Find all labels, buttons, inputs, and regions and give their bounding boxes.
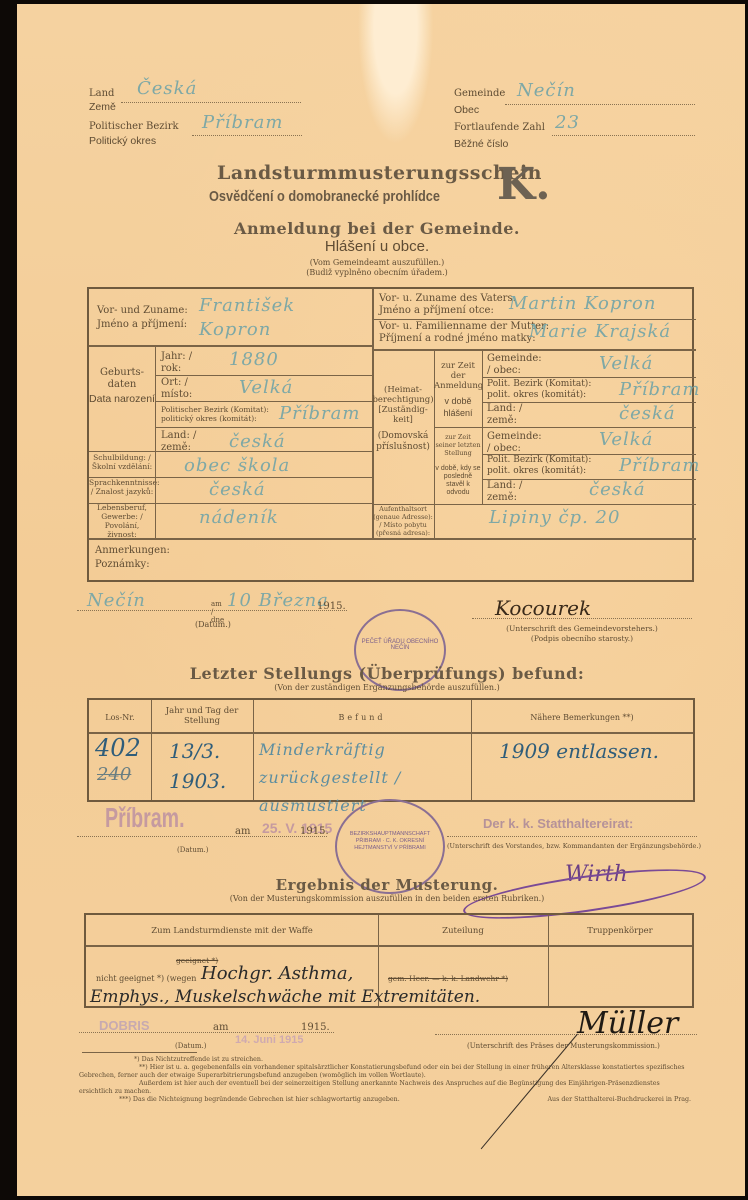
- polit2-label-de: Polit. Bezirk (Komitat):: [487, 455, 591, 466]
- section3-sub: (Von der Musterungskommission auszufülle…: [177, 894, 597, 904]
- zahl-label-de: Fortlaufende Zahl: [454, 122, 545, 134]
- s2-date-year: 1915.: [300, 826, 329, 838]
- father-label-de: Vor- u. Zuname des Vaters:: [379, 293, 516, 305]
- stellung-los-value: 402: [95, 734, 141, 762]
- printer-credit: Aus der Statthalterei-Buchdruckerei in P…: [547, 1096, 691, 1104]
- lang-label: Sprachkenntnisse: / Znalost jazyků:: [89, 478, 155, 496]
- zahl-value: 23: [555, 112, 580, 133]
- zeit1-label-cz: v době hlášení: [434, 395, 482, 419]
- gemeinde-value: Nečín: [517, 80, 576, 101]
- bezirk-label-cz: Politický okres: [89, 135, 156, 147]
- job-label: Lebensberuf, Gewerbe: / Povolání, živnos…: [89, 503, 155, 539]
- stellung-col-befund: Befund: [253, 712, 471, 724]
- land-label-cz: Země: [89, 101, 116, 113]
- heimat-label-cz: (Domovská příslušnost): [372, 431, 434, 453]
- s3-date-year: 1915.: [301, 1022, 330, 1034]
- form-letter: K.: [497, 159, 551, 210]
- authority-stamp: Der k. k. Statthaltereirat:: [483, 816, 633, 831]
- footnote-4: ***) Das die Nichteignung begründende Ge…: [119, 1096, 400, 1104]
- district-label-de: Politischer Bezirk (Komitat):: [161, 405, 269, 414]
- s1-signature-caption-de: (Unterschrift des Gemeindevorstehers.): [472, 624, 692, 633]
- lang-value: česká: [209, 479, 266, 500]
- section2-title: Letzter Stellungs (Überprüfungs) befund:: [167, 664, 607, 683]
- musterung-table: Zum Landsturmdienste mit der Waffe Zutei…: [84, 913, 694, 1008]
- s1-signature: Kocourek: [495, 596, 591, 620]
- s1-date-place: Nečín: [87, 590, 146, 611]
- s3-date-caption: (Datum.): [175, 1040, 206, 1052]
- reason-line2: Emphys., Muskelschwäche mit Extremitäten…: [90, 987, 480, 1007]
- land-label-de: Land: [89, 88, 114, 100]
- polit1-label-cz: polit. okres (komitát):: [487, 390, 586, 401]
- name-label-de: Vor- und Zuname:: [97, 305, 188, 317]
- s1-date-value: 10 Března: [227, 590, 329, 611]
- musterung-col-truppen: Truppenkörper: [548, 925, 692, 937]
- stellung-col-los: Los-Nr.: [89, 712, 151, 724]
- registration-table: Vor- und Zuname: Jméno a příjmení: Frant…: [87, 287, 694, 582]
- bezirk-value: Příbram: [202, 112, 283, 133]
- s1-signature-caption-cz: (Podpis obecního starosty.): [472, 634, 692, 643]
- zuteilung-struck: gem. Heer. — k. k. Landwehr *): [388, 973, 508, 985]
- gemeinde-label-de: Gemeinde: [454, 88, 505, 100]
- document-page: Land Země Česká Politischer Bezirk Polit…: [17, 4, 745, 1196]
- footnote-2: **) Hier ist u. a. gegebenenfalls ein vo…: [79, 1064, 691, 1080]
- stellung-col-remarks: Nähere Bemerkungen **): [471, 712, 693, 724]
- footnotes: *) Das Nichtzutreffende ist zu streichen…: [79, 1056, 691, 1104]
- zeit2-label-de: zur Zeit seiner letzten Stellung: [434, 433, 482, 457]
- nicht-geeignet-label: nicht geeignet *) (wegen: [96, 973, 196, 985]
- land-value: Česká: [137, 78, 197, 99]
- name-label-cz: Jméno a příjmení:: [97, 319, 187, 331]
- notes-label-cz: Poznámky:: [95, 559, 150, 571]
- gem2-label: Gemeinde: / obec:: [487, 431, 527, 455]
- reason-line1: Hochgr. Asthma,: [201, 963, 353, 984]
- s2-signature-caption: (Unterschrift des Vorstandes, bzw. Komma…: [447, 842, 707, 850]
- land2-value: česká: [589, 479, 646, 500]
- polit2-value: Příbram: [619, 455, 700, 476]
- section3-title: Ergebnis der Musterung.: [177, 876, 597, 894]
- birth-group-de: Geburts-daten: [89, 367, 155, 391]
- stellung-remark-value: 1909 entlassen.: [499, 736, 679, 766]
- s1-date-year: 1915.: [317, 601, 346, 613]
- section1-sub-de: (Vom Gemeindeamt auszufüllen.): [197, 258, 557, 268]
- s3-place-stamp: DOBRIS: [99, 1018, 150, 1033]
- polit1-value: Příbram: [619, 379, 700, 400]
- heimat-label-de: (Heimat-berechtigung) [Zuständig-keit]: [372, 385, 434, 425]
- s1-date-caption: (Datum.): [195, 619, 231, 631]
- zahl-label-cz: Běžné číslo: [454, 138, 508, 150]
- s3-date-prefix: am: [213, 1022, 228, 1034]
- s3-date-stamp: 14. Juni 1915: [235, 1034, 304, 1046]
- year-label: Jahr: / rok:: [161, 351, 201, 375]
- place-label: Ort: / místo:: [161, 377, 211, 401]
- father-label-cz: Jméno a příjmení otce:: [379, 305, 494, 317]
- section2-sub: (Von der zuständigen Ergänzungsbehörde a…: [167, 683, 607, 693]
- stellung-table: Los-Nr. Jahr und Tag der Stellung Befund…: [87, 698, 695, 802]
- mother-value: Marie Krajská: [529, 321, 671, 342]
- notes-label-de: Anmerkungen:: [95, 545, 170, 557]
- section1-title-de: Anmeldung bei der Gemeinde.: [197, 219, 557, 238]
- title-cz: Osvědčení o domobranecké prohlídce: [209, 188, 440, 205]
- section1-sub-cz: (Budiž vyplněno obecním úřadem.): [197, 268, 557, 278]
- bezirk-label-de: Politischer Bezirk: [89, 121, 179, 133]
- stellung-los-struck: 240: [97, 764, 131, 785]
- place-stamp-pribram: Příbram.: [105, 802, 185, 834]
- school-value: obec škola: [184, 455, 290, 476]
- gem1-value: Velká: [599, 353, 653, 374]
- father-value: Martin Kopron: [509, 293, 656, 314]
- footnote-3: Außerdem ist hier auch der eventuell bei…: [79, 1080, 691, 1096]
- footnote-1: *) Das Nichtzutreffende ist zu streichen…: [79, 1056, 691, 1064]
- stellung-date-value: 13/3. 1903.: [169, 736, 249, 796]
- land1-value: česká: [619, 403, 676, 424]
- musterung-col-service: Zum Landsturmdienste mit der Waffe: [86, 925, 378, 937]
- place-value: Velká: [239, 377, 293, 398]
- aufenthalt-label: Aufenthaltsort (genaue Adresse): / Místo…: [372, 505, 434, 537]
- zeit2-label-cz: v době, kdy se posledně stavěl k odvodu: [434, 465, 482, 497]
- s2-date-caption: (Datum.): [177, 844, 208, 856]
- section1-title-cz: Hlášení u obce.: [197, 238, 557, 256]
- job-value: nádeník: [199, 507, 279, 528]
- musterung-col-zuteilung: Zuteilung: [378, 925, 548, 937]
- municipal-seal-text: PEČEŤ ÚŘADU OBECNÍHO NEČÍN: [356, 639, 444, 651]
- birth-group-cz: Data narození: [89, 393, 155, 405]
- year-value: 1880: [229, 349, 279, 370]
- mother-label-cz: Příjmení a rodné jméno matky:: [379, 333, 536, 345]
- land1-label: Land: / země:: [487, 403, 527, 427]
- stellung-col-date: Jahr und Tag der Stellung: [151, 706, 253, 726]
- name-first: František: [199, 295, 295, 316]
- zeit1-label-de: zur Zeit der Anmeldung: [434, 361, 482, 391]
- gem1-label: Gemeinde: / obec:: [487, 353, 527, 377]
- mother-label-de: Vor- u. Familienname der Mutter:: [379, 321, 549, 333]
- country-value: česká: [229, 431, 286, 452]
- s2-date-prefix: am: [235, 826, 250, 838]
- district-stamp-text: BEZIRKSHAUPTMANNSCHAFT PŘIBRAM · C. K. O…: [337, 831, 443, 852]
- district-label-cz: politický okres (komitát):: [161, 414, 257, 423]
- gem2-value: Velká: [599, 429, 653, 450]
- district-value: Příbram: [279, 403, 360, 424]
- s3-signature: Müller: [577, 1006, 678, 1041]
- name-last: Kopron: [199, 319, 271, 340]
- land2-label: Land: / země:: [487, 480, 527, 504]
- title-de: Landsturmmusterungsschein: [217, 162, 542, 184]
- aufenthalt-value: Lipiny čp. 20: [489, 507, 620, 528]
- polit1-label-de: Polit. Bezirk (Komitat):: [487, 379, 591, 390]
- polit2-label-cz: polit. okres (komitát):: [487, 466, 586, 477]
- gemeinde-label-cz: Obec: [454, 104, 479, 116]
- school-label: Schulbildung: / Školní vzdělání:: [89, 453, 155, 471]
